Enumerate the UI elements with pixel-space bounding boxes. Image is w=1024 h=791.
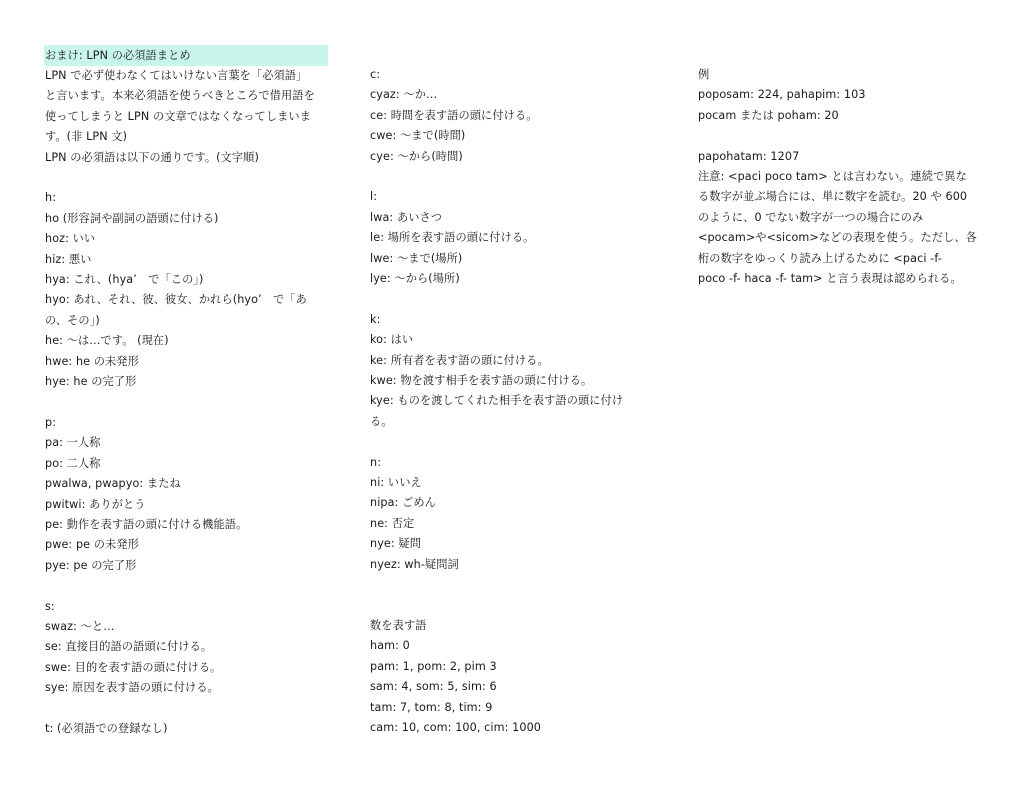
section-heading: 数を表す語 (370, 616, 645, 636)
entry-line: る。 (370, 412, 645, 432)
entry-line: swe: 目的を表す語の頭に付ける。 (45, 658, 335, 678)
intro-line: す。(非 LPN 文) (45, 127, 335, 147)
entry-line: ham: 0 (370, 636, 645, 656)
entry-line: の、その」) (45, 311, 335, 331)
spacer (370, 432, 645, 452)
middle-column: c: cyaz: ～か… ce: 時間を表す語の頭に付ける。 cwe: ～まで(… (370, 65, 645, 738)
spacer (370, 289, 645, 309)
entry-line: pwalwa, pwapyo: またね (45, 474, 335, 494)
entry-line: ko: はい (370, 330, 645, 350)
section-examples: 例 poposam: 224, pahapim: 103 pocam または p… (698, 65, 983, 126)
entry-line: poposam: 224, pahapim: 103 (698, 85, 983, 105)
section-note: papohatam: 1207 注意: <paci poco tam> とは言わ… (698, 147, 983, 290)
entry-line: sye: 原因を表す語の頭に付ける。 (45, 678, 335, 698)
section-heading: papohatam: 1207 (698, 147, 983, 167)
section-k: k: ko: はい ke: 所有者を表す語の頭に付ける。 kwe: 物を渡す相手… (370, 310, 645, 432)
entry-line: ho (形容詞や副詞の語頭に付ける) (45, 209, 335, 229)
entry-line: hwe: he の未発形 (45, 352, 335, 372)
entry-line: ce: 時間を表す語の頭に付ける。 (370, 106, 645, 126)
entry-line: nye: 疑問 (370, 534, 645, 554)
entry-line: ni: いいえ (370, 473, 645, 493)
document-page: おまけ: LPN の必須語まとめ LPN で必ず使わなくてはいけない言葉を「必須… (0, 0, 1024, 791)
spacer (45, 576, 335, 596)
section-p: p: pa: 一人称 po: 二人称 pwalwa, pwapyo: またね p… (45, 413, 335, 576)
entry-line: lye: ～から(場所) (370, 269, 645, 289)
right-column: 例 poposam: 224, pahapim: 103 pocam または p… (698, 65, 983, 289)
spacer (370, 167, 645, 187)
entry-line: se: 直接目的語の語頭に付ける。 (45, 637, 335, 657)
entry-line: hiz: 悪い (45, 250, 335, 270)
entry-line: pwe: pe の未発形 (45, 535, 335, 555)
section-heading: h: (45, 188, 335, 208)
section-t: t: (必須語での登録なし) (45, 719, 335, 739)
section-heading: n: (370, 453, 645, 473)
entry-line: lwe: ～まで(場所) (370, 249, 645, 269)
note-line: る数字が並ぶ場合には、単に数字を読む。20 や 600 (698, 187, 983, 207)
section-heading: s: (45, 597, 335, 617)
intro-line: LPN の必須語は以下の通りです。(文字順) (45, 148, 335, 168)
entry-line: hyo: あれ、それ、彼、彼女、かれら(hyo’ で「あ (45, 290, 335, 310)
section-n: n: ni: いいえ nipa: ごめん ne: 否定 nye: 疑問 nyez… (370, 453, 645, 575)
section-heading: l: (370, 187, 645, 207)
entry-line: cye: ～から(時間) (370, 147, 645, 167)
intro-paragraph: LPN で必ず使わなくてはいけない言葉を「必須語」 と言います。本来必須語を使う… (45, 66, 335, 168)
entry-line: lwa: あいさつ (370, 208, 645, 228)
entry-line: hoz: いい (45, 229, 335, 249)
entry-line: pam: 1, pom: 2, pim 3 (370, 657, 645, 677)
section-numbers: 数を表す語 ham: 0 pam: 1, pom: 2, pim 3 sam: … (370, 616, 645, 738)
document-title: おまけ: LPN の必須語まとめ (44, 45, 328, 66)
note-line: <pocam>や<sicom>などの表現を使う。ただし、各 (698, 228, 983, 248)
note-line: 桁の数字をゆっくり読み上げるために <paci -f- (698, 249, 983, 269)
entry-line: ke: 所有者を表す語の頭に付ける。 (370, 351, 645, 371)
note-line: 注意: <paci poco tam> とは言わない。連続で異な (698, 167, 983, 187)
spacer (45, 168, 335, 188)
entry-line: pe: 動作を表す語の頭に付ける機能語。 (45, 515, 335, 535)
entry-line: nipa: ごめん (370, 493, 645, 513)
intro-line: LPN で必ず使わなくてはいけない言葉を「必須語」 (45, 66, 335, 86)
entry-line: hya: これ、(hya’ で「この」) (45, 270, 335, 290)
entry-line: cyaz: ～か… (370, 85, 645, 105)
entry-line: tam: 7, tom: 8, tim: 9 (370, 698, 645, 718)
entry-line: sam: 4, som: 5, sim: 6 (370, 677, 645, 697)
section-heading: p: (45, 413, 335, 433)
entry-line: nyez: wh-疑問詞 (370, 555, 645, 575)
section-h: h: ho (形容詞や副詞の語頭に付ける) hoz: いい hiz: 悪い hy… (45, 188, 335, 392)
spacer (698, 126, 983, 146)
note-line: poco -f- haca -f- tam> と言う表現は認められる。 (698, 269, 983, 289)
spacer (370, 575, 645, 595)
left-column: おまけ: LPN の必須語まとめ LPN で必ず使わなくてはいけない言葉を「必須… (45, 45, 335, 739)
section-heading: c: (370, 65, 645, 85)
section-heading: 例 (698, 65, 983, 85)
intro-line: 使ってしまうと LPN の文章ではなくなってしまいま (45, 107, 335, 127)
section-l: l: lwa: あいさつ le: 場所を表す語の頭に付ける。 lwe: ～まで(… (370, 187, 645, 289)
section-s: s: swaz: ～と… se: 直接目的語の語頭に付ける。 swe: 目的を表… (45, 597, 335, 699)
entry-line: pye: pe の完了形 (45, 556, 335, 576)
entry-line: kwe: 物を渡す相手を表す語の頭に付ける。 (370, 371, 645, 391)
entry-line: cam: 10, com: 100, cim: 1000 (370, 718, 645, 738)
section-heading: t: (必須語での登録なし) (45, 719, 335, 739)
entry-line: he: ～は…です。 (現在) (45, 331, 335, 351)
section-heading: k: (370, 310, 645, 330)
entry-line: pocam または poham: 20 (698, 106, 983, 126)
entry-line: ne: 否定 (370, 514, 645, 534)
entry-line: hye: he の完了形 (45, 372, 335, 392)
entry-line: kye: ものを渡してくれた相手を表す語の頭に付け (370, 391, 645, 411)
spacer (45, 699, 335, 719)
entry-line: pa: 一人称 (45, 433, 335, 453)
section-c: c: cyaz: ～か… ce: 時間を表す語の頭に付ける。 cwe: ～まで(… (370, 65, 645, 167)
spacer (45, 392, 335, 412)
entry-line: po: 二人称 (45, 454, 335, 474)
spacer (370, 596, 645, 616)
note-line: のように、0 でない数字が一つの場合にのみ (698, 208, 983, 228)
entry-line: swaz: ～と… (45, 617, 335, 637)
entry-line: le: 場所を表す語の頭に付ける。 (370, 228, 645, 248)
entry-line: cwe: ～まで(時間) (370, 126, 645, 146)
entry-line: pwitwi: ありがとう (45, 495, 335, 515)
intro-line: と言います。本来必須語を使うべきところで借用語を (45, 86, 335, 106)
